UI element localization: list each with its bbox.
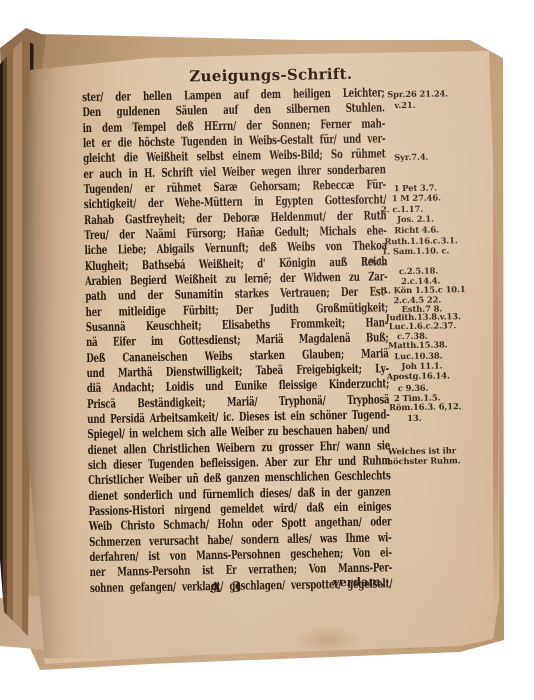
margin-note: Jos. 2.1. (397, 215, 434, 225)
margin-note: 13. (407, 414, 421, 423)
margin-note: Spr.26 21.24. (387, 89, 448, 99)
catchword: verdam, (333, 574, 385, 589)
margin-note: Apostg.16.14. (387, 371, 450, 381)
book-photo: Zueigungs-Schrift. ster/ der hellen Lamp… (0, 0, 534, 700)
margin-note: 1. Sam.1.10. c. (382, 246, 450, 256)
signature-mark: A 3 (210, 580, 245, 597)
margin-note: c 9.36. (398, 384, 429, 393)
margin-note: Syr.7.4. (394, 153, 428, 163)
book-page: Zueigungs-Schrift. ster/ der hellen Lamp… (0, 0, 534, 700)
margin-notes: Spr.26 21.24.v.21.Syr.7.4.1 Pet 3.7.1 M … (0, 0, 534, 700)
margin-note: v.21. (394, 101, 415, 110)
margin-note: Richt 4.6. (394, 226, 439, 236)
margin-note: 1 M 27.46. (392, 193, 441, 203)
margin-note: Röm.16.3. 6,12. (389, 402, 462, 412)
page-content: Zueigungs-Schrift. ster/ der hellen Lamp… (0, 0, 534, 700)
margin-note: höchster Ruhm. (387, 456, 461, 466)
margin-note: Matth.15.38. (388, 340, 448, 350)
margin-note: 19.1. (363, 257, 386, 266)
